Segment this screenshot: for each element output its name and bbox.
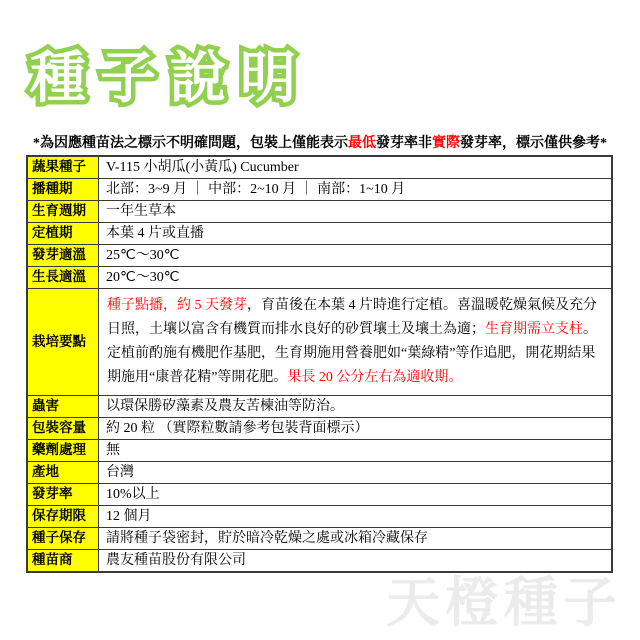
row-value: 20℃～30℃ bbox=[99, 267, 613, 289]
row-value: 請將種子袋密封，貯於暗冷乾燥之處或冰箱冷藏保存 bbox=[99, 528, 613, 550]
row-label: 種子保存 bbox=[27, 528, 99, 550]
table-row: 栽培要點 種子點播，約 5 天發芽，育苗後在本葉 4 片時進行定植。喜溫暖乾燥氣… bbox=[27, 289, 612, 396]
row-value: 以環保勝矽藻素及農友苦楝油等防治。 bbox=[99, 396, 613, 418]
row-label: 播種期 bbox=[27, 179, 99, 201]
table-row: 種苗商 農友種苗股份有限公司 bbox=[27, 550, 612, 573]
row-label: 蔬果種子 bbox=[27, 156, 99, 179]
table-row: 播種期 北部：3~9 月 ｜ 中部：2~10 月 ｜ 南部：1~10 月 bbox=[27, 179, 612, 201]
row-value: 北部：3~9 月 ｜ 中部：2~10 月 ｜ 南部：1~10 月 bbox=[99, 179, 613, 201]
row-value: V-115 小胡瓜(小黃瓜) Cucumber bbox=[99, 156, 613, 179]
table-row: 發芽率 10%以上 bbox=[27, 484, 612, 506]
row-label: 蟲害 bbox=[27, 396, 99, 418]
table-row: 發芽適溫 25℃～30℃ bbox=[27, 245, 612, 267]
row-label: 發芽率 bbox=[27, 484, 99, 506]
row-label: 栽培要點 bbox=[27, 289, 99, 396]
table-row: 生育週期 一年生草本 bbox=[27, 201, 612, 223]
seed-info-page: 種子說明 種子說明 *為因應種苗法之標示不明確問題，包裝上僅能表示最低發芽率非實… bbox=[0, 0, 640, 640]
row-label: 發芽適溫 bbox=[27, 245, 99, 267]
seed-info-table: 蔬果種子 V-115 小胡瓜(小黃瓜) Cucumber 播種期 北部：3~9 … bbox=[26, 155, 613, 573]
row-label: 生育週期 bbox=[27, 201, 99, 223]
page-title: 種子說明 種子說明 bbox=[30, 34, 310, 114]
disclaimer-note: *為因應種苗法之標示不明確問題，包裝上僅能表示最低發芽率非實際發芽率，標示僅供參… bbox=[0, 132, 640, 152]
row-label: 生長適溫 bbox=[27, 267, 99, 289]
row-value: 10%以上 bbox=[99, 484, 613, 506]
row-value: 一年生草本 bbox=[99, 201, 613, 223]
table-row: 包裝容量 約 20 粒 （實際粒數請參考包裝背面標示） bbox=[27, 418, 612, 440]
row-label: 定植期 bbox=[27, 223, 99, 245]
table-row: 產地 台灣 bbox=[27, 462, 612, 484]
table-row: 蟲害 以環保勝矽藻素及農友苦楝油等防治。 bbox=[27, 396, 612, 418]
row-label: 藥劑處理 bbox=[27, 440, 99, 462]
table-row: 定植期 本葉 4 片或直播 bbox=[27, 223, 612, 245]
row-value: 無 bbox=[99, 440, 613, 462]
row-value: 種子點播，約 5 天發芽，育苗後在本葉 4 片時進行定植。喜溫暖乾燥氣候及充分日… bbox=[99, 289, 613, 396]
row-label: 種苗商 bbox=[27, 550, 99, 573]
table-row: 種子保存 請將種子袋密封，貯於暗冷乾燥之處或冰箱冷藏保存 bbox=[27, 528, 612, 550]
row-value: 約 20 粒 （實際粒數請參考包裝背面標示） bbox=[99, 418, 613, 440]
seed-table-body: 蔬果種子 V-115 小胡瓜(小黃瓜) Cucumber 播種期 北部：3~9 … bbox=[27, 156, 612, 572]
row-value: 25℃～30℃ bbox=[99, 245, 613, 267]
row-value: 農友種苗股份有限公司 bbox=[99, 550, 613, 573]
page-title-text: 種子說明 bbox=[30, 46, 310, 111]
table-row: 藥劑處理 無 bbox=[27, 440, 612, 462]
table-row: 保存期限 12 個月 bbox=[27, 506, 612, 528]
table-row: 蔬果種子 V-115 小胡瓜(小黃瓜) Cucumber bbox=[27, 156, 612, 179]
row-value: 本葉 4 片或直播 bbox=[99, 223, 613, 245]
row-label: 產地 bbox=[27, 462, 99, 484]
row-value: 12 個月 bbox=[99, 506, 613, 528]
row-label: 包裝容量 bbox=[27, 418, 99, 440]
row-value: 台灣 bbox=[99, 462, 613, 484]
row-label: 保存期限 bbox=[27, 506, 99, 528]
table-row: 生長適溫 20℃～30℃ bbox=[27, 267, 612, 289]
